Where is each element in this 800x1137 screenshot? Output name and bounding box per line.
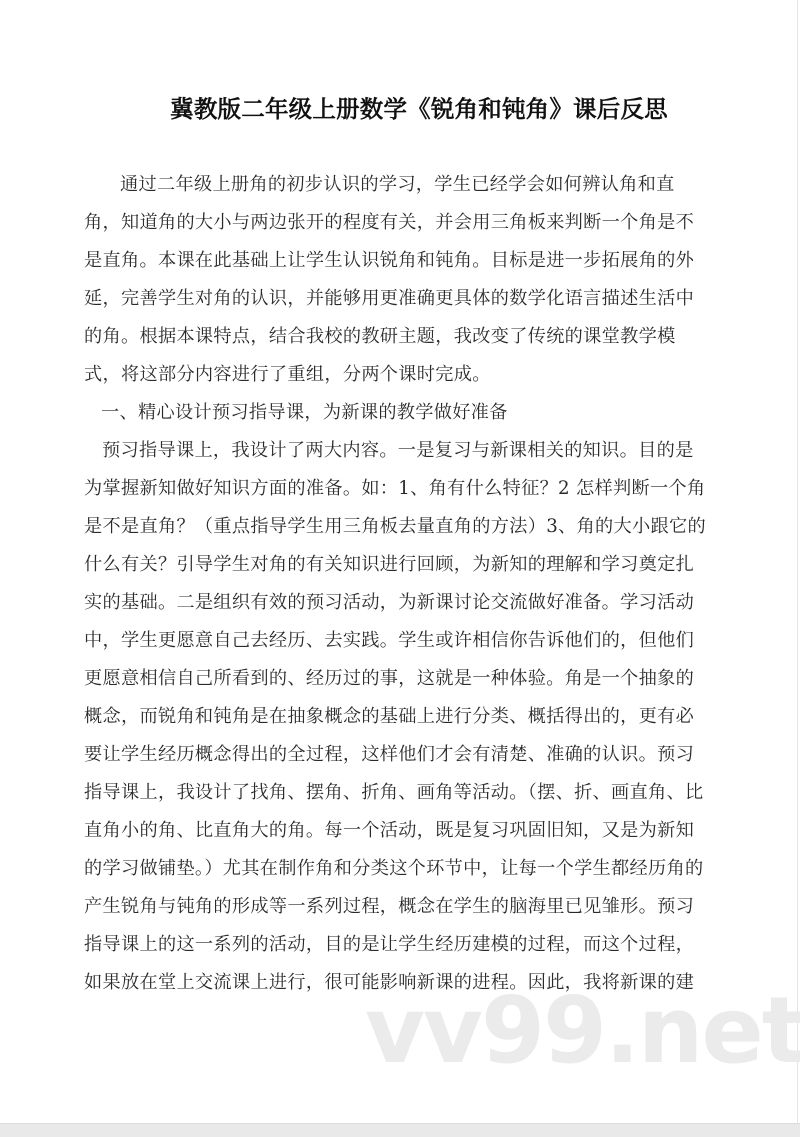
- document-body: 通过二年级上册角的初步认识的学习，学生已经学会如何辨认角和直 角，知道角的大小与…: [84, 166, 704, 1002]
- document-page: vv99.net 冀教版二年级上册数学《锐角和钝角》课后反思 通过二年级上册角的…: [0, 0, 798, 1123]
- body-line: 的学习做铺垫。）尤其在制作角和分类这个环节中，让每一个学生都经历角的: [84, 850, 704, 888]
- body-line: 为掌握新知做好知识方面的准备。如：1、角有什么特征？2 怎样判断一个角: [84, 470, 704, 508]
- body-line: 直角小的角、比直角大的角。每一个活动，既是复习巩固旧知，又是为新知: [84, 812, 704, 850]
- section-heading: 一、精心设计预习指导课，为新课的教学做好准备: [84, 394, 704, 432]
- body-line: 预习指导课上，我设计了两大内容。一是复习与新课相关的知识。目的是: [84, 432, 704, 470]
- body-line: 指导课上的这一系列的活动，目的是让学生经历建模的过程，而这个过程，: [84, 926, 704, 964]
- page-bottom-edge: [0, 1123, 800, 1137]
- body-line: 如果放在堂上交流课上进行，很可能影响新课的进程。因此，我将新课的建: [84, 964, 704, 1002]
- body-line: 什么有关？引导学生对角的有关知识进行回顾，为新知的理解和学习奠定扎: [84, 546, 704, 584]
- body-line: 中，学生更愿意自己去经历、去实践。学生或许相信你告诉他们的，但他们: [84, 622, 704, 660]
- body-line: 产生锐角与钝角的形成等一系列过程，概念在学生的脑海里已见雏形。预习: [84, 888, 704, 926]
- body-line: 更愿意相信自己所看到的、经历过的事，这就是一种体验。角是一个抽象的: [84, 660, 704, 698]
- body-line: 的角。根据本课特点，结合我校的教研主题，我改变了传统的课堂教学模: [84, 318, 704, 356]
- body-line: 延，完善学生对角的认识，并能够用更准确更具体的数学化语言描述生活中: [84, 280, 704, 318]
- body-line: 是直角。本课在此基础上让学生认识锐角和钝角。目标是进一步拓展角的外: [84, 242, 704, 280]
- body-line: 概念，而锐角和钝角是在抽象概念的基础上进行分类、概括得出的，更有必: [84, 698, 704, 736]
- body-line: 要让学生经历概念得出的全过程，这样他们才会有清楚、准确的认识。预习: [84, 736, 704, 774]
- document-title: 冀教版二年级上册数学《锐角和钝角》课后反思: [0, 90, 800, 124]
- body-line: 角，知道角的大小与两边张开的程度有关，并会用三角板来判断一个角是不: [84, 204, 704, 242]
- body-line: 通过二年级上册角的初步认识的学习，学生已经学会如何辨认角和直: [84, 166, 704, 204]
- body-line: 是不是直角？（重点指导学生用三角板去量直角的方法）3、角的大小跟它的: [84, 508, 704, 546]
- body-line: 实的基础。二是组织有效的预习活动，为新课讨论交流做好准备。学习活动: [84, 584, 704, 622]
- body-line: 式，将这部分内容进行了重组，分两个课时完成。: [84, 356, 704, 394]
- body-line: 指导课上，我设计了找角、摆角、折角、画角等活动。（摆、折、画直角、比: [84, 774, 704, 812]
